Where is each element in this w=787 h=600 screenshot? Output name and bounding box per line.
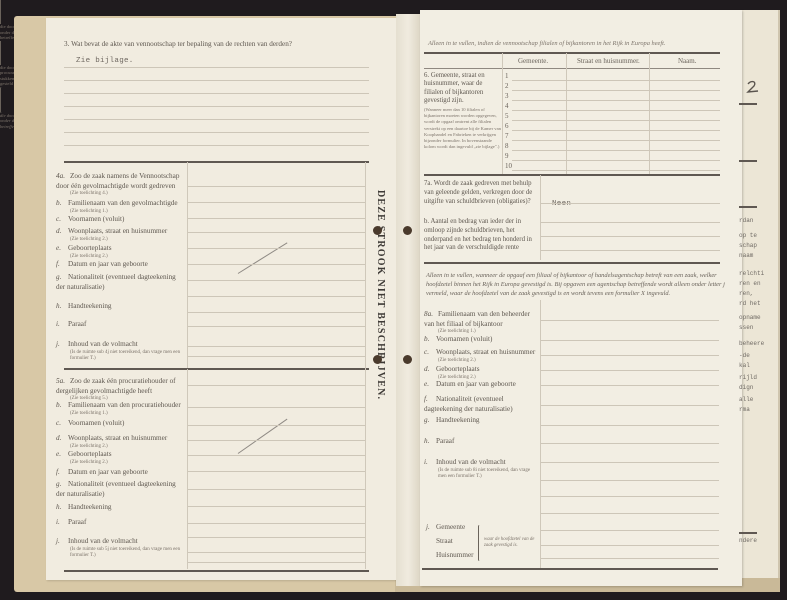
form-item: b.Familienaam van den procuratiehouder(Z… — [56, 401, 184, 417]
label-huisnummer: Huisnummer — [436, 551, 474, 561]
item-text: Inhoud van de volmacht — [68, 537, 138, 545]
answer-line[interactable] — [541, 496, 719, 497]
answer-line[interactable] — [541, 545, 719, 546]
answer-line[interactable] — [188, 202, 365, 203]
form-item: i.Paraaf — [56, 518, 184, 528]
column-divider — [502, 53, 503, 175]
item-letter: h. — [56, 302, 68, 312]
column-header-straat: Straat en huisnummer. — [577, 57, 640, 65]
row-number: 2 — [505, 82, 509, 90]
edge-fragment: op te — [739, 232, 757, 239]
item-text: Familienaam van den procuratiehouder — [68, 401, 181, 409]
section-divider — [64, 161, 369, 163]
form-item: 5a.Zoo de zaak één procuratiehouder of d… — [56, 377, 184, 402]
item-letter: j. — [56, 537, 68, 547]
edge-fragment: rijld — [739, 374, 757, 381]
answer-line[interactable] — [64, 93, 369, 94]
edge-rule — [739, 160, 757, 162]
item-text: Voornamen (voluit) — [68, 419, 124, 427]
item-note: (Zie toelichting 1.) — [56, 209, 184, 215]
item-text: Geboorteplaats — [68, 450, 112, 458]
item-text: Paraaf — [436, 437, 454, 445]
column-header-gemeente: Gemeente. — [518, 57, 548, 65]
item-note: (Zie toelichting 2.) — [56, 444, 184, 450]
item-letter: c. — [56, 419, 68, 429]
form-item: b.Voornamen (voluit) — [424, 335, 538, 345]
answer-line[interactable] — [188, 264, 365, 265]
column-divider — [187, 162, 188, 368]
brace-note: waar de hoofdzetel van de zaak gevestigd… — [484, 537, 536, 549]
column-divider — [649, 53, 650, 175]
item-text: Datum en jaar van geboorte — [68, 260, 148, 268]
item-letter: b. — [56, 401, 68, 411]
item-note: (Is de ruimte sub 4j niet toereikend, da… — [56, 350, 184, 362]
item-note: (Zie toelichting 1.) — [56, 411, 184, 417]
item-letter: f. — [56, 468, 68, 478]
table-row-line[interactable] — [512, 160, 720, 161]
edge-fragment: alle — [739, 396, 753, 403]
answer-line[interactable] — [188, 455, 365, 456]
item-text: Zoo de zaak namens de Vennootschap door … — [56, 172, 179, 190]
item-letter: 4a. — [56, 172, 70, 182]
item-letter: d. — [56, 227, 68, 237]
item-text: Woonplaats, straat en huisnummer — [68, 434, 167, 442]
answer-3[interactable]: Zie bijlage. — [76, 57, 134, 65]
answer-line[interactable] — [541, 203, 720, 204]
item-letter: i. — [56, 518, 68, 528]
answer-line[interactable] — [188, 385, 365, 386]
answer-line[interactable] — [541, 443, 719, 444]
handwritten-mark — [745, 80, 761, 94]
answer-line[interactable] — [188, 218, 365, 219]
section-divider — [422, 568, 718, 570]
table-top-rule — [424, 52, 720, 54]
item-letter: i. — [56, 320, 68, 330]
answer-line[interactable] — [64, 119, 369, 120]
item-letter: e. — [56, 450, 68, 460]
answer-line[interactable] — [541, 385, 719, 386]
row-number: 3 — [505, 92, 509, 100]
form-item: g.Nationaliteit (eventueel dagteekening … — [56, 480, 184, 499]
item-letter: e. — [56, 244, 68, 254]
answer-line[interactable] — [541, 425, 719, 426]
punch-hole — [373, 355, 382, 364]
question-number: 6. — [424, 72, 429, 79]
form-item: c.Woonplaats, straat en huisnummer(Zie t… — [424, 348, 538, 364]
answer-line[interactable] — [541, 480, 719, 481]
form-item: f.Datum en jaar van geboorte — [56, 468, 184, 478]
item-letter: h. — [56, 503, 68, 513]
item-text: Nationaliteit (eventueel dagteekening de… — [56, 480, 176, 498]
answer-line[interactable] — [188, 506, 365, 507]
edge-fragment: -de — [739, 352, 750, 359]
punch-hole — [403, 355, 412, 364]
form-item: g.Nationaliteit (eventueel dagteekening … — [56, 273, 184, 292]
item-letter: b. — [424, 335, 436, 345]
edge-fragment: dign — [739, 384, 753, 391]
table-row-line[interactable] — [512, 100, 720, 101]
item-text: Datum en jaar van geboorte — [436, 380, 516, 388]
item-note: (Is de ruimte sub 5j niet toereikend, da… — [56, 547, 184, 559]
question-number: 3. — [64, 40, 69, 48]
answer-line[interactable] — [541, 340, 719, 341]
table-row-line[interactable] — [512, 80, 720, 81]
question-6: 6. Gemeente, straat en huisnummer, waar … — [424, 72, 502, 150]
item-note: (Zie toelichting 2.) — [56, 460, 184, 466]
item-text: Woonplaats, straat en huisnummer — [436, 348, 535, 356]
answer-line[interactable] — [64, 67, 369, 68]
item-note: (Is de ruimte sub 8i niet toereikend, da… — [424, 468, 538, 480]
item-text: Familienaam van den gevolmachtigde — [68, 199, 178, 207]
answer-line[interactable] — [64, 80, 369, 81]
column-header-naam: Naam. — [678, 57, 696, 65]
answer-line[interactable] — [64, 145, 369, 146]
row-number: 7 — [505, 132, 509, 140]
form-item: d.Geboorteplaats(Zie toelichting 2.) — [424, 365, 538, 381]
item-text: Zoo de zaak één procuratiehouder of derg… — [56, 377, 176, 395]
answer-line[interactable] — [541, 236, 720, 237]
answer-line[interactable] — [188, 248, 365, 249]
edge-fragment: ren, — [739, 290, 753, 297]
answer-line[interactable] — [541, 513, 719, 514]
edge-fragment: ssen — [739, 324, 753, 331]
answer-line[interactable] — [188, 407, 365, 408]
item-text: Handteekening — [68, 503, 112, 511]
item-letter: b. — [56, 199, 68, 209]
question-text: Wordt de zaak gedreven met behulp van ge… — [424, 180, 532, 205]
do-not-write-strip: DEZE STROOK NIET BESCHRIJVEN. — [375, 190, 386, 400]
item-letter: d. — [56, 434, 68, 444]
answer-line[interactable] — [188, 346, 365, 347]
form-item: d.Woonplaats, straat en huisnummer(Zie t… — [56, 227, 184, 243]
item-letter: d. — [424, 365, 436, 375]
edge-fragment: ren en — [739, 280, 761, 287]
item-letter: 8a. — [424, 310, 438, 320]
item-letter: g. — [56, 273, 68, 283]
form-item: 8a.Familienaam van den beheerder van het… — [424, 310, 538, 335]
item-note: (Zie toelichting 2.) — [56, 237, 184, 243]
item-text: Inhoud van de volmacht — [68, 340, 138, 348]
item-text: Voornamen (voluit) — [68, 215, 124, 223]
answer-line[interactable] — [188, 562, 365, 563]
answer-line[interactable] — [188, 296, 365, 297]
item-text: Geboorteplaats — [68, 244, 112, 252]
item-text: Paraaf — [68, 320, 86, 328]
item-text: Geboorteplaats — [436, 365, 480, 373]
row-number: 10 — [505, 162, 512, 170]
question-3: 3. Wat bevat de akte van vennootschap te… — [64, 40, 292, 50]
edge-rule — [739, 532, 757, 534]
item-text: Datum en jaar van geboorte — [68, 468, 148, 476]
question-text: Wat bevat de akte van vennootschap ter b… — [71, 40, 292, 48]
item-letter: h. — [424, 437, 436, 447]
brace — [0, 0, 3, 24]
column-divider — [540, 175, 541, 260]
brace — [478, 525, 481, 561]
edge-rule — [739, 103, 757, 105]
edge-fragment: rma — [739, 406, 750, 413]
answer-line[interactable] — [541, 558, 719, 559]
item-text: Nationaliteit (eventueel dagteekening de… — [56, 273, 176, 291]
answer-line[interactable] — [188, 425, 365, 426]
question-text: Aantal en bedrag van ieder der in omloop… — [424, 218, 532, 251]
answer-line[interactable] — [188, 356, 365, 357]
item-letter: g. — [424, 416, 436, 426]
table-row-line[interactable] — [512, 170, 720, 171]
question-7a: 7a. Wordt de zaak gedreven met behulp va… — [424, 180, 536, 206]
edge-fragment: ndere — [739, 537, 757, 544]
answer-line[interactable] — [541, 370, 719, 371]
row-number: 5 — [505, 112, 509, 120]
item-text: Familienaam van den beheerder van het fi… — [424, 310, 530, 328]
item-text: Handteekening — [68, 302, 112, 310]
form-item: c.Voornamen (voluit) — [56, 215, 184, 225]
answer-line[interactable] — [188, 523, 365, 524]
column-divider — [187, 369, 188, 569]
answer-7a[interactable]: Neen — [552, 200, 571, 208]
edge-fragment: relchti — [739, 270, 764, 277]
form-item: e.Geboorteplaats(Zie toelichting 2.) — [56, 244, 184, 260]
table-row-line[interactable] — [512, 110, 720, 111]
answer-line[interactable] — [188, 537, 365, 538]
column-divider — [365, 162, 366, 569]
item-text: Voornamen (voluit) — [436, 335, 492, 343]
form-item: i.Paraaf — [56, 320, 184, 330]
answer-line[interactable] — [541, 530, 719, 531]
filialen-instruction: Alleen in te vullen, indien de vennootsc… — [428, 40, 666, 48]
question-7b: b. Aantal en bedrag van ieder der in oml… — [424, 218, 536, 253]
item-text: Nationaliteit (eventueel dagteekening de… — [424, 395, 513, 413]
edge-fragment: kal — [739, 362, 750, 369]
section-divider — [424, 174, 720, 176]
question-text: Gemeente, straat en huisnummer, waar de … — [424, 72, 485, 104]
punch-hole — [403, 226, 412, 235]
item-letter: f. — [56, 260, 68, 270]
answer-line[interactable] — [188, 440, 365, 441]
question-6-note: (Wanneer meer dan 10 filialen of bijkant… — [424, 107, 502, 150]
answer-line[interactable] — [541, 355, 719, 356]
form-item: j.Inhoud van de volmacht(Is de ruimte su… — [56, 537, 184, 559]
form-item: h.Handteekening — [56, 503, 184, 513]
answer-line[interactable] — [64, 132, 369, 133]
form-item: e.Geboorteplaats(Zie toelichting 2.) — [56, 450, 184, 466]
row-number: 9 — [505, 152, 509, 160]
answer-line[interactable] — [188, 186, 365, 187]
form-item: b.Familienaam van den gevolmachtigde(Zie… — [56, 199, 184, 215]
item-note: (Zie toelichting 2.) — [56, 254, 184, 260]
answer-line[interactable] — [64, 106, 369, 107]
label-gemeente: Gemeente — [436, 523, 465, 533]
answer-line[interactable] — [188, 326, 365, 327]
answer-line[interactable] — [541, 250, 720, 251]
item-text: Woonplaats, straat en huisnummer — [68, 227, 167, 235]
label-straat: Straat — [436, 537, 453, 547]
edge-fragment: naam — [739, 252, 753, 259]
item-text: Handteekening — [436, 416, 480, 424]
question-letter: b. — [424, 218, 429, 225]
column-divider — [566, 53, 567, 175]
table-row-line[interactable] — [512, 120, 720, 121]
answer-line[interactable] — [541, 462, 719, 463]
table-row-line[interactable] — [512, 140, 720, 141]
item-letter: j. — [56, 340, 68, 350]
form-item: h.Handteekening — [56, 302, 184, 312]
item-note: (Zie toelichting 2.) — [424, 358, 538, 364]
form-item: i.Inhoud van de volmacht(Is de ruimte su… — [424, 458, 538, 480]
section-divider — [64, 368, 369, 370]
brace — [0, 87, 3, 113]
binding-fold — [396, 14, 420, 586]
form-item: d.Woonplaats, straat en huisnummer(Zie t… — [56, 434, 184, 450]
edge-fragment: rdan — [739, 217, 753, 224]
row-number: 6 — [505, 122, 509, 130]
table-row-line[interactable] — [512, 130, 720, 131]
form-item: j.Inhoud van de volmacht(Is de ruimte su… — [56, 340, 184, 362]
row-number: 8 — [505, 142, 509, 150]
item-letter: f. — [424, 395, 436, 405]
answer-line[interactable] — [188, 471, 365, 472]
answer-line[interactable] — [188, 280, 365, 281]
item-note: (Zie toelichting 4.) — [56, 191, 184, 197]
question-letter: j. — [426, 523, 430, 533]
form-item: f.Datum en jaar van geboorte — [56, 260, 184, 270]
answer-line[interactable] — [188, 232, 365, 233]
item-letter: c. — [424, 348, 436, 358]
answer-line[interactable] — [541, 222, 720, 223]
item-letter: e. — [424, 380, 436, 390]
form-item: e.Datum en jaar van geboorte — [424, 380, 538, 390]
edge-fragment: rd het — [739, 300, 761, 307]
edge-fragment: opname — [739, 314, 761, 321]
table-row-line[interactable] — [512, 90, 720, 91]
question-letter: 7a. — [424, 180, 432, 187]
item-letter: 5a. — [56, 377, 70, 387]
brace — [0, 41, 3, 65]
form-item: f.Nationaliteit (eventueel dagteekening … — [424, 395, 538, 414]
item-text: Paraaf — [68, 518, 86, 526]
form-item: g.Handteekening — [424, 416, 538, 426]
edge-rule — [739, 206, 757, 208]
form-item: c.Voornamen (voluit) — [56, 419, 184, 429]
item-letter: i. — [424, 458, 436, 468]
edge-fragment: schap — [739, 242, 757, 249]
section-8-instruction: Alleen in te vullen, wanneer de opgaaf e… — [426, 272, 726, 299]
punch-hole — [373, 226, 382, 235]
form-item: 4a.Zoo de zaak namens de Vennootschap do… — [56, 172, 184, 197]
table-row-line[interactable] — [512, 150, 720, 151]
row-number: 1 — [505, 72, 509, 80]
row-number: 4 — [505, 102, 509, 110]
table-header-rule — [424, 68, 720, 69]
item-letter: c. — [56, 215, 68, 225]
item-text: Inhoud van de volmacht — [436, 458, 506, 466]
section-divider — [64, 570, 369, 572]
item-letter: g. — [56, 480, 68, 490]
answer-line[interactable] — [188, 312, 365, 313]
answer-line[interactable] — [188, 552, 365, 553]
answer-line[interactable] — [541, 405, 719, 406]
section-divider — [424, 262, 720, 264]
answer-line[interactable] — [541, 320, 719, 321]
edge-fragment: beheere — [739, 340, 764, 347]
form-item: h.Paraaf — [424, 437, 538, 447]
answer-line[interactable] — [188, 489, 365, 490]
